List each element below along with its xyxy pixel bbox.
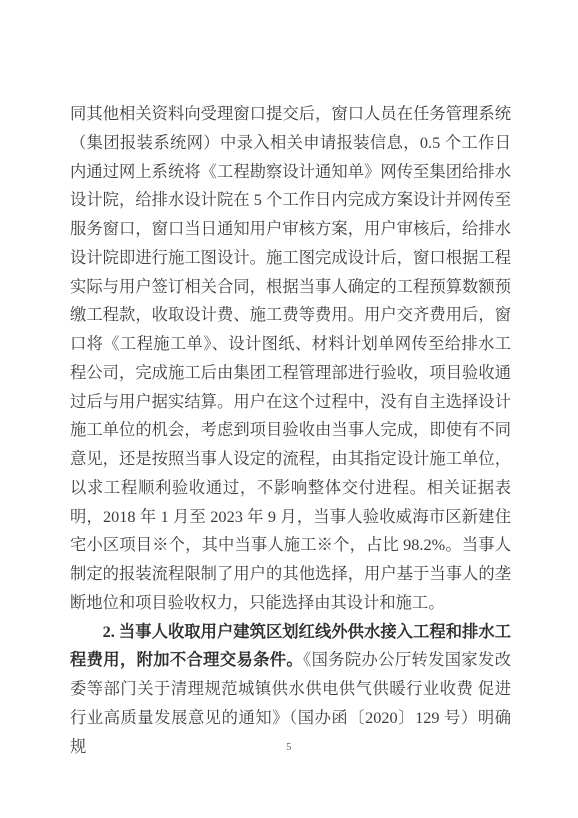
document-page: 同其他相关资料向受理窗口提交后，窗口人员在任务管理系统（集团报装系统网）中录入相… xyxy=(0,0,578,818)
body-paragraph-continuation: 同其他相关资料向受理窗口提交后，窗口人员在任务管理系统（集团报装系统网）中录入相… xyxy=(70,100,511,618)
page-body: 同其他相关资料向受理窗口提交后，窗口人员在任务管理系统（集团报装系统网）中录入相… xyxy=(70,100,511,761)
body-paragraph-2: 2. 当事人收取用户建筑区划红线外供水接入工程和排水工程费用，附加不合理交易条件… xyxy=(70,618,511,762)
page-number: 5 xyxy=(0,742,578,753)
